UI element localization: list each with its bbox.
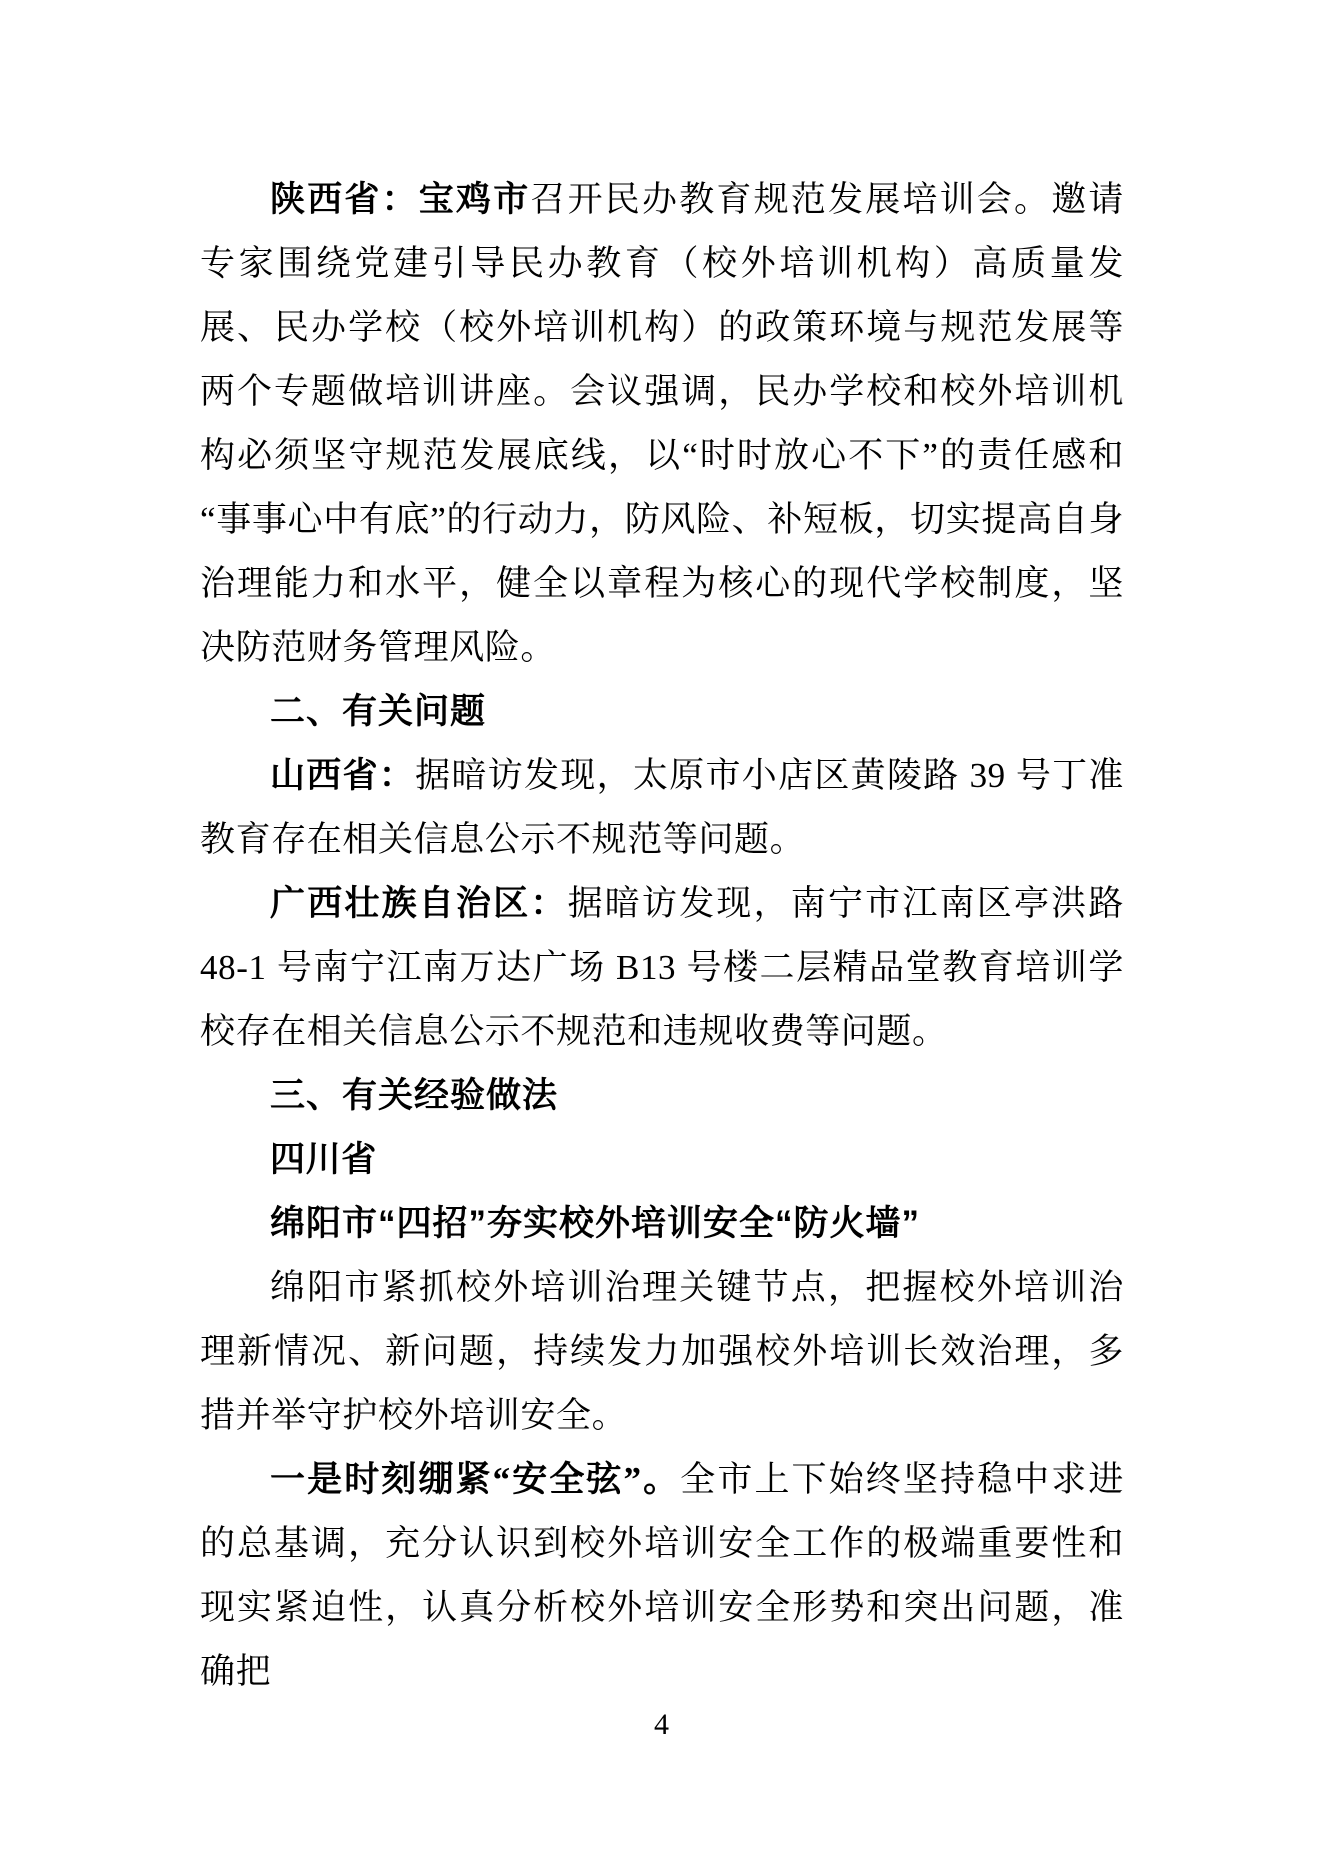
paragraph-lead-shanxi: 山西省：	[270, 756, 415, 795]
paragraph-lead-measure-one: 一是时刻绷紧“安全弦”。	[270, 1460, 680, 1499]
province-subheading-sichuan: 四川省	[200, 1128, 1124, 1192]
section-heading-2: 二、有关问题	[200, 680, 1124, 744]
paragraph-guangxi: 广西壮族自治区：据暗访发现，南宁市江南区亭洪路 48-1 号南宁江南万达广场 B…	[200, 872, 1124, 1064]
paragraph-text-mianyang-intro: 绵阳市紧抓校外培训治理关键节点，把握校外培训治理新情况、新问题，持续发力加强校外…	[200, 1268, 1124, 1435]
section-heading-3: 三、有关经验做法	[200, 1064, 1124, 1128]
paragraph-text-shaanxi: 召开民办教育规范发展培训会。邀请专家围绕党建引导民办教育（校外培训机构）高质量发…	[200, 180, 1124, 667]
paragraph-lead-guangxi: 广西壮族自治区：	[270, 884, 568, 923]
topic-heading-mianyang: 绵阳市“四招”夯实校外培训安全“防火墙”	[200, 1192, 1124, 1256]
document-body: 陕西省：宝鸡市召开民办教育规范发展培训会。邀请专家围绕党建引导民办教育（校外培训…	[200, 168, 1124, 1704]
paragraph-measure-one: 一是时刻绷紧“安全弦”。全市上下始终坚持稳中求进的总基调，充分认识到校外培训安全…	[200, 1448, 1124, 1704]
document-page: 陕西省：宝鸡市召开民办教育规范发展培训会。邀请专家围绕党建引导民办教育（校外培训…	[0, 0, 1323, 1871]
page-number: 4	[0, 1703, 1323, 1747]
paragraph-shanxi: 山西省：据暗访发现，太原市小店区黄陵路 39 号丁准教育存在相关信息公示不规范等…	[200, 744, 1124, 872]
paragraph-lead-shaanxi: 陕西省：宝鸡市	[270, 180, 530, 219]
paragraph-shaanxi: 陕西省：宝鸡市召开民办教育规范发展培训会。邀请专家围绕党建引导民办教育（校外培训…	[200, 168, 1124, 680]
paragraph-mianyang-intro: 绵阳市紧抓校外培训治理关键节点，把握校外培训治理新情况、新问题，持续发力加强校外…	[200, 1256, 1124, 1448]
